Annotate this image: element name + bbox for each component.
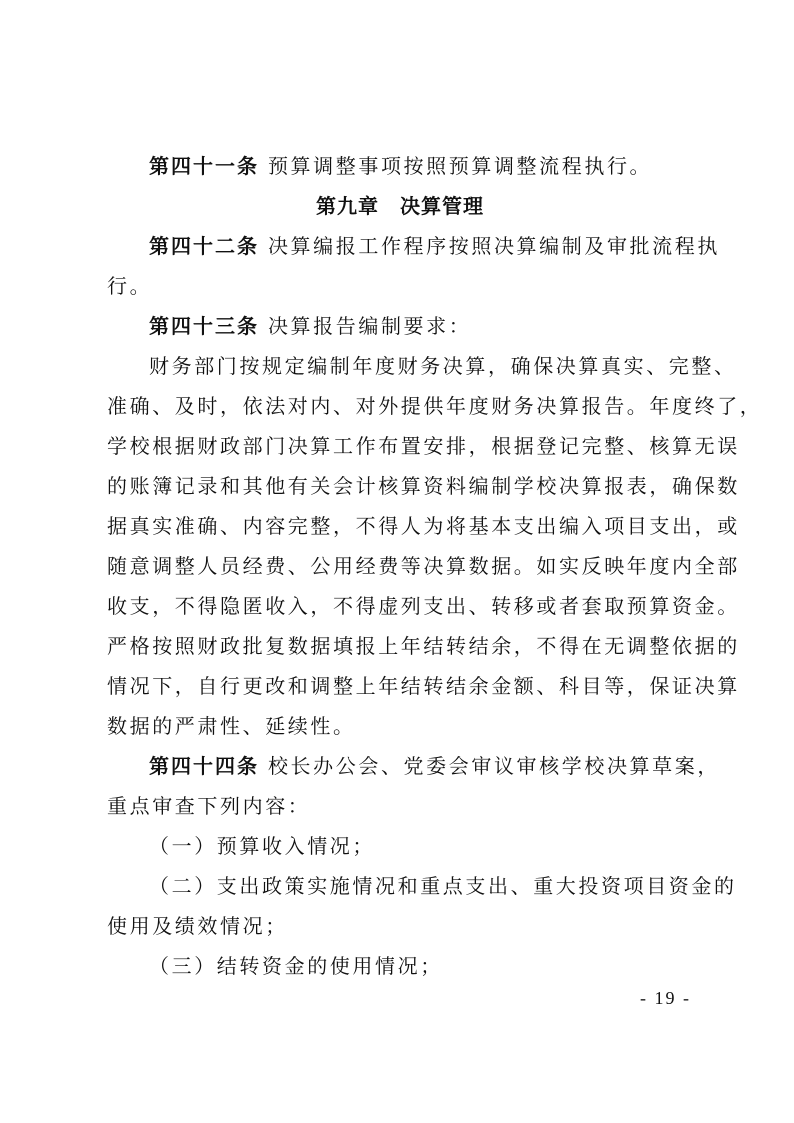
article-41: 第四十一条 预算调整事项按照预算调整流程执行。: [107, 146, 693, 186]
article-label: 第四十一条: [149, 154, 259, 178]
page-number: - 19 -: [640, 988, 691, 1009]
article-44: 第四十四条 校长办公会、党委会审议审核学校决算草案，: [107, 746, 693, 786]
article-label: 第四十三条: [149, 314, 259, 338]
article-text: 预算调整事项按照预算调整流程执行。: [259, 154, 652, 178]
text-line: 准确、及时，依法对内、对外提供年度财务决算报告。年度终了，: [107, 386, 693, 426]
chapter-heading: 第九章 决算管理: [107, 186, 693, 226]
article-text: 校长办公会、党委会审议审核学校决算草案，: [259, 754, 720, 778]
article-text: 决算报告编制要求：: [259, 314, 471, 338]
text-line: 情况下，自行更改和调整上年结转结余金额、科目等，保证决算: [107, 666, 693, 706]
text-line: 的账簿记录和其他有关会计核算资料编制学校决算报表，确保数: [107, 466, 693, 506]
text-line: 使用及绩效情况；: [107, 906, 693, 946]
article-42: 第四十二条 决算编报工作程序按照决算编制及审批流程执: [107, 226, 693, 266]
text-line: 收支，不得隐匿收入，不得虚列支出、转移或者套取预算资金。: [107, 586, 693, 626]
text-line: 重点审查下列内容：: [107, 786, 693, 826]
text-line: 数据的严肃性、延续性。: [107, 706, 693, 746]
text-line: 严格按照财政批复数据填报上年结转结余，不得在无调整依据的: [107, 626, 693, 666]
article-label: 第四十二条: [149, 234, 259, 258]
article-label: 第四十四条: [149, 754, 259, 778]
list-item-3: （三）结转资金的使用情况；: [107, 946, 693, 986]
text-line: 行。: [107, 266, 693, 306]
text-line: 据真实准确、内容完整，不得人为将基本支出编入项目支出，或: [107, 506, 693, 546]
article-text: 决算编报工作程序按照决算编制及审批流程执: [259, 234, 720, 258]
text-line: 学校根据财政部门决算工作布置安排，根据登记完整、核算无误: [107, 426, 693, 466]
article-43: 第四十三条 决算报告编制要求：: [107, 306, 693, 346]
list-item-2: （二）支出政策实施情况和重点支出、重大投资项目资金的: [107, 866, 693, 906]
paragraph-line: 财务部门按规定编制年度财务决算，确保决算真实、完整、: [107, 346, 693, 386]
document-page: 第四十一条 预算调整事项按照预算调整流程执行。 第九章 决算管理 第四十二条 决…: [107, 146, 693, 986]
list-item-1: （一）预算收入情况；: [107, 826, 693, 866]
text-line: 随意调整人员经费、公用经费等决算数据。如实反映年度内全部: [107, 546, 693, 586]
